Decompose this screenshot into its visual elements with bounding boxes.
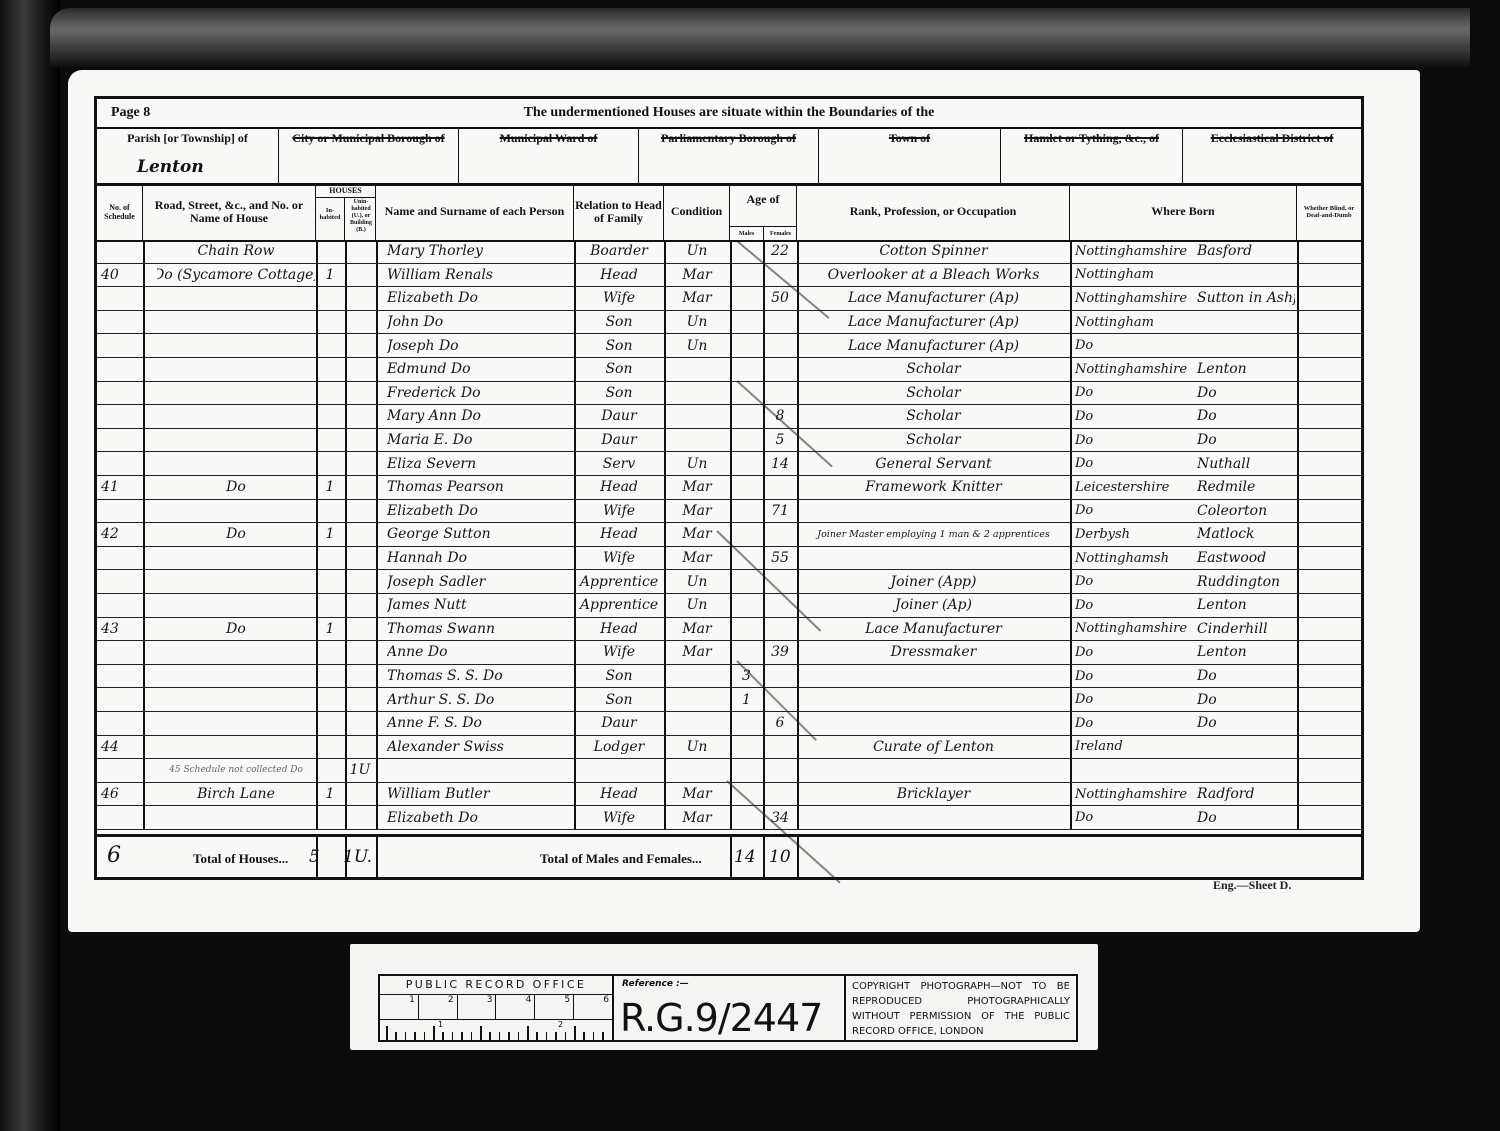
- census-row: Hannah DoWifeMar55NottinghamshEastwood: [97, 547, 1361, 571]
- born-county: Nottinghamsh: [1075, 547, 1195, 570]
- road-address: [157, 500, 315, 523]
- ruler-tick: [452, 1032, 454, 1040]
- inhabited-count: 1: [316, 618, 344, 641]
- relation: Son: [574, 382, 664, 405]
- uninhabited-count: [345, 476, 375, 499]
- schedule-number: [101, 311, 141, 334]
- census-row: Elizabeth DoWifeMar34DoDo: [97, 806, 1361, 830]
- born-county: Do: [1075, 712, 1195, 735]
- female-age: [763, 618, 797, 641]
- ruler-number: 1: [380, 995, 419, 1019]
- reference-number: R.G.9/2447: [620, 996, 822, 1040]
- male-age: [730, 594, 763, 617]
- born-county: Nottingham: [1075, 264, 1195, 287]
- census-row: James NuttApprenticeUnJoiner (Ap)DoLento…: [97, 594, 1361, 618]
- houses-total-label: Total of Houses...: [193, 851, 288, 867]
- inhabited-count: [316, 688, 344, 711]
- uninhabited-count: [345, 641, 375, 664]
- ruler-tick: [508, 1032, 510, 1040]
- born-county: Do: [1075, 570, 1195, 593]
- ruler-number: 6: [574, 995, 612, 1019]
- person-name: George Sutton: [387, 523, 573, 546]
- born-place: Do: [1197, 382, 1295, 405]
- inhabited-count: [316, 311, 344, 334]
- road-address: [157, 806, 315, 829]
- road-address: [157, 405, 315, 428]
- inhabited-count: [316, 382, 344, 405]
- ruler-tick: [593, 1032, 595, 1040]
- born-county: Nottinghamshire: [1075, 287, 1195, 310]
- female-age: [763, 311, 797, 334]
- persons-total-label: Total of Males and Females...: [540, 851, 702, 867]
- reference-box: Reference :— R.G.9/2447: [614, 976, 846, 1040]
- ruler-tick: [424, 1032, 426, 1040]
- condition: [664, 405, 730, 428]
- person-name: Maria E. Do: [387, 429, 573, 452]
- road-address: Do: [157, 618, 315, 641]
- person-name: Mary Ann Do: [387, 405, 573, 428]
- total-uninhabited: 1U.: [343, 847, 372, 867]
- ruler-tick: [555, 1032, 557, 1040]
- born-place: Do: [1197, 712, 1295, 735]
- occupation: [797, 547, 1070, 570]
- boundary-title: The undermentioned Houses are situate wi…: [97, 105, 1361, 121]
- column-headers: No. of Schedule Road, Street, &c., and N…: [97, 183, 1361, 242]
- female-age: [763, 665, 797, 688]
- person-name: William Butler: [387, 783, 573, 806]
- schedule-number: [101, 594, 141, 617]
- ruler-tick: [395, 1032, 397, 1040]
- relation: Wife: [574, 500, 664, 523]
- census-row: Chain RowMary ThorleyBoarderUn22Cotton S…: [97, 240, 1361, 264]
- uninhabited-count: [345, 783, 375, 806]
- occupation: Joiner (Ap): [797, 594, 1070, 617]
- relation: Apprentice: [574, 594, 664, 617]
- inhabited-count: [316, 736, 344, 759]
- borough-cell: City or Municipal Borough of: [279, 127, 459, 183]
- relation: Daur: [574, 405, 664, 428]
- header-where-born: Where Born: [1070, 183, 1297, 240]
- male-age: [730, 736, 763, 759]
- condition: [664, 688, 730, 711]
- relation: Head: [574, 783, 664, 806]
- person-name: James Nutt: [387, 594, 573, 617]
- ruler-tick: [442, 1032, 444, 1040]
- road-address: Do: [157, 523, 315, 546]
- occupation: Scholar: [797, 382, 1070, 405]
- born-place: Do: [1197, 665, 1295, 688]
- road-address: [157, 665, 315, 688]
- ruler-tick: [536, 1032, 538, 1040]
- born-county: Nottinghamshire: [1075, 783, 1195, 806]
- male-age: [730, 759, 763, 782]
- relation: Son: [574, 688, 664, 711]
- ruler-minor-number: 1: [438, 1020, 443, 1029]
- person-name: Arthur S. S. Do: [387, 688, 573, 711]
- schedule-number: [101, 452, 141, 475]
- census-row: Joseph DoSonUnLace Manufacturer (Ap)Do: [97, 334, 1361, 358]
- occupation: Curate of Lenton: [797, 736, 1070, 759]
- header-blind-deaf: Whether Blind, or Deaf-and-Dumb: [1297, 183, 1361, 240]
- condition: Mar: [664, 806, 730, 829]
- person-name: Thomas Pearson: [387, 476, 573, 499]
- totals-row: 6 Total of Houses... 5 1U. Total of Male…: [97, 834, 1361, 880]
- uninhabited-count: [345, 523, 375, 546]
- male-age: [730, 429, 763, 452]
- header-uninhabited: Unin-habited (U.), or Building (B.): [346, 199, 376, 234]
- born-county: Do: [1075, 382, 1195, 405]
- road-address: [157, 688, 315, 711]
- town-cell: Town of: [819, 127, 1001, 183]
- relation: [574, 759, 664, 782]
- inhabited-count: [316, 405, 344, 428]
- condition: Un: [664, 452, 730, 475]
- schedule-number: 46: [101, 783, 141, 806]
- road-address: [157, 594, 315, 617]
- schedule-number: [101, 688, 141, 711]
- ruler-tick: [546, 1032, 548, 1040]
- born-county: Nottinghamshire: [1075, 618, 1195, 641]
- road-address: Do: [157, 476, 315, 499]
- schedule-number: 42: [101, 523, 141, 546]
- born-county: Do: [1075, 429, 1195, 452]
- female-age: 71: [763, 500, 797, 523]
- inhabited-count: [316, 665, 344, 688]
- parliamentary-cell: Parliamentary Borough of: [639, 127, 819, 183]
- total-schedules: 6: [107, 843, 121, 868]
- male-age: [730, 641, 763, 664]
- born-place: Do: [1197, 429, 1295, 452]
- occupation: [797, 806, 1070, 829]
- occupation: Bricklayer: [797, 783, 1070, 806]
- person-name: Hannah Do: [387, 547, 573, 570]
- uninhabited-count: [345, 311, 375, 334]
- condition: Un: [664, 570, 730, 593]
- parish-label: Parish [or Township] of: [127, 131, 248, 145]
- condition: Mar: [664, 783, 730, 806]
- uninhabited-count: [345, 665, 375, 688]
- born-county: Do: [1075, 405, 1195, 428]
- inhabited-count: [316, 452, 344, 475]
- relation: Lodger: [574, 736, 664, 759]
- born-county: Do: [1075, 665, 1195, 688]
- header-age: Age of Males Females: [730, 183, 797, 240]
- ruler-ticks: 1 2: [380, 1020, 612, 1042]
- person-name: Anne F. S. Do: [387, 712, 573, 735]
- inhabited-count: [316, 334, 344, 357]
- occupation: General Servant: [797, 452, 1070, 475]
- copyright-notice: COPYRIGHT PHOTOGRAPH—NOT TO BE REPRODUCE…: [846, 976, 1076, 1040]
- relation: Wife: [574, 287, 664, 310]
- ruler-tick: [518, 1032, 520, 1040]
- uninhabited-count: [345, 806, 375, 829]
- male-age: [730, 570, 763, 593]
- born-place: [1197, 759, 1295, 782]
- census-row: Frederick DoSonScholarDoDo: [97, 382, 1361, 406]
- male-age: [730, 618, 763, 641]
- born-county: Do: [1075, 452, 1195, 475]
- occupation: Lace Manufacturer: [797, 618, 1070, 641]
- census-row: Elizabeth DoWifeMar50Lace Manufacturer (…: [97, 287, 1361, 311]
- relation: Head: [574, 523, 664, 546]
- ruler-tick: [527, 1026, 529, 1040]
- uninhabited-count: [345, 334, 375, 357]
- ruler-tick: [461, 1032, 463, 1040]
- person-name: Joseph Do: [387, 334, 573, 357]
- total-males: 14: [734, 847, 756, 867]
- born-county: Ireland: [1075, 736, 1195, 759]
- relation: Daur: [574, 429, 664, 452]
- page-header: Page 8 The undermentioned Houses are sit…: [97, 99, 1361, 129]
- inhabited-count: [316, 358, 344, 381]
- road-address: [157, 547, 315, 570]
- condition: Un: [664, 334, 730, 357]
- born-county: Do: [1075, 500, 1195, 523]
- ruler-tick: [499, 1032, 501, 1040]
- hamlet-cell: Hamlet or Tything, &c., of: [1001, 127, 1183, 183]
- census-row: 40Do (Sycamore Cottage)1William RenalsHe…: [97, 264, 1361, 288]
- inhabited-count: [316, 641, 344, 664]
- inhabited-count: [316, 806, 344, 829]
- person-name: Edmund Do: [387, 358, 573, 381]
- uninhabited-count: [345, 688, 375, 711]
- inhabited-count: 1: [316, 783, 344, 806]
- person-name: [387, 759, 573, 782]
- male-age: [730, 358, 763, 381]
- schedule-number: [101, 641, 141, 664]
- person-name: Elizabeth Do: [387, 287, 573, 310]
- film-edge: [0, 0, 60, 1131]
- pro-label-frame: PUBLIC RECORD OFFICE 1 2 3 4 5 6 1 2 Ref…: [378, 974, 1078, 1042]
- ruler-tick: [405, 1032, 407, 1040]
- occupation: Framework Knitter: [797, 476, 1070, 499]
- condition: Un: [664, 311, 730, 334]
- uninhabited-count: [345, 358, 375, 381]
- born-place: [1197, 264, 1295, 287]
- relation: Son: [574, 334, 664, 357]
- inhabited-count: [316, 500, 344, 523]
- parish-cell: Parish [or Township] of Lenton: [97, 127, 279, 183]
- ruler-tick: [480, 1026, 482, 1040]
- born-county: [1075, 759, 1195, 782]
- inhabited-count: [316, 759, 344, 782]
- inhabited-count: [316, 240, 344, 263]
- person-name: Thomas Swann: [387, 618, 573, 641]
- inhabited-count: [316, 547, 344, 570]
- relation: Son: [574, 358, 664, 381]
- inhabited-count: [316, 594, 344, 617]
- condition: Mar: [664, 500, 730, 523]
- uninhabited-count: [345, 405, 375, 428]
- person-name: Thomas S. S. Do: [387, 665, 573, 688]
- film-top-shadow: [50, 8, 1470, 68]
- born-place: Cinderhill: [1197, 618, 1295, 641]
- road-address: [157, 641, 315, 664]
- schedule-number: [101, 547, 141, 570]
- census-row: Anne DoWifeMar39DressmakerDoLenton: [97, 641, 1361, 665]
- relation: Head: [574, 476, 664, 499]
- road-address: [157, 311, 315, 334]
- uninhabited-count: [345, 500, 375, 523]
- born-place: Radford: [1197, 783, 1295, 806]
- total-inhabited: 5: [309, 847, 320, 867]
- occupation: Lace Manufacturer (Ap): [797, 311, 1070, 334]
- ruler-tick: [433, 1026, 435, 1040]
- condition: [664, 665, 730, 688]
- male-age: 1: [730, 688, 763, 711]
- occupation: Cotton Spinner: [797, 240, 1070, 263]
- male-age: [730, 405, 763, 428]
- uninhabited-count: 1U: [345, 759, 375, 782]
- condition: Mar: [664, 476, 730, 499]
- condition: [664, 759, 730, 782]
- inhabited-count: [316, 712, 344, 735]
- female-age: [763, 759, 797, 782]
- sheet-id: Eng.—Sheet D.: [1213, 878, 1291, 893]
- ruler-tick: [489, 1032, 491, 1040]
- uninhabited-count: [345, 712, 375, 735]
- schedule-number: [101, 382, 141, 405]
- born-place: Nuthall: [1197, 452, 1295, 475]
- road-address: [157, 287, 315, 310]
- born-county: Leicestershire: [1075, 476, 1195, 499]
- ruler-tick: [583, 1032, 585, 1040]
- born-place: Do: [1197, 405, 1295, 428]
- uninhabited-count: [345, 736, 375, 759]
- born-place: Eastwood: [1197, 547, 1295, 570]
- census-row: 43Do1Thomas SwannHeadMarLace Manufacture…: [97, 618, 1361, 642]
- census-row: 45 Schedule not collected Do1U: [97, 759, 1361, 783]
- born-place: Coleorton: [1197, 500, 1295, 523]
- parish-value: Lenton: [137, 157, 204, 177]
- condition: Un: [664, 594, 730, 617]
- male-age: [730, 334, 763, 357]
- uninhabited-count: [345, 240, 375, 263]
- relation: Son: [574, 665, 664, 688]
- male-age: [730, 287, 763, 310]
- inhabited-count: 1: [316, 523, 344, 546]
- male-age: [730, 476, 763, 499]
- ruler-tick: [565, 1032, 567, 1040]
- female-age: [763, 476, 797, 499]
- uninhabited-count: [345, 287, 375, 310]
- female-age: 14: [763, 452, 797, 475]
- road-address: [157, 334, 315, 357]
- schedule-number: [101, 405, 141, 428]
- schedule-number: [101, 358, 141, 381]
- schedule-number: [101, 287, 141, 310]
- schedule-number: [101, 500, 141, 523]
- houses-label: HOUSES: [316, 183, 375, 198]
- born-place: Basford: [1197, 240, 1295, 263]
- census-row: Arthur S. S. DoSon1DoDo: [97, 688, 1361, 712]
- condition: Mar: [664, 287, 730, 310]
- relation: Daur: [574, 712, 664, 735]
- born-place: Do: [1197, 688, 1295, 711]
- person-name: Elizabeth Do: [387, 500, 573, 523]
- born-place: Do: [1197, 806, 1295, 829]
- female-age: 22: [763, 240, 797, 263]
- uninhabited-count: [345, 382, 375, 405]
- occupation: [797, 712, 1070, 735]
- schedule-number: [101, 806, 141, 829]
- reference-label: Reference :—: [622, 979, 689, 989]
- age-label: Age of: [730, 193, 796, 206]
- occupation: [797, 759, 1070, 782]
- condition: Mar: [664, 547, 730, 570]
- header-road: Road, Street, &c., and No. or Name of Ho…: [143, 183, 316, 240]
- condition: [664, 712, 730, 735]
- header-houses: HOUSES In-habited Unin-habited (U.), or …: [316, 183, 376, 240]
- relation: Wife: [574, 806, 664, 829]
- uninhabited-count: [345, 452, 375, 475]
- houses-divider: [344, 197, 345, 240]
- census-row: Edmund DoSonScholarNottinghamshireLenton: [97, 358, 1361, 382]
- occupation: Joiner (App): [797, 570, 1070, 593]
- census-row: 41Do1Thomas PearsonHeadMarFramework Knit…: [97, 476, 1361, 500]
- ruler-tick: [386, 1026, 388, 1040]
- road-address: [157, 452, 315, 475]
- person-name: Mary Thorley: [387, 240, 573, 263]
- occupation: Lace Manufacturer (Ap): [797, 334, 1070, 357]
- location-row: Parish [or Township] of Lenton City or M…: [97, 127, 1361, 186]
- ruler-minor-number: 2: [558, 1020, 563, 1029]
- census-row: 46Birch Lane1William ButlerHeadMarBrickl…: [97, 783, 1361, 807]
- header-schedule: No. of Schedule: [97, 183, 143, 240]
- schedule-number: [101, 759, 141, 782]
- header-condition: Condition: [664, 183, 730, 240]
- inhabited-count: [316, 287, 344, 310]
- occupation: Scholar: [797, 358, 1070, 381]
- road-address: 45 Schedule not collected Do: [157, 759, 315, 782]
- relation: Wife: [574, 547, 664, 570]
- schedule-number: 41: [101, 476, 141, 499]
- schedule-number: [101, 334, 141, 357]
- female-age: [763, 358, 797, 381]
- census-row: Elizabeth DoWifeMar71DoColeorton: [97, 500, 1361, 524]
- condition: Un: [664, 736, 730, 759]
- person-name: Elizabeth Do: [387, 806, 573, 829]
- census-row: Maria E. DoDaur5ScholarDoDo: [97, 429, 1361, 453]
- occupation: Dressmaker: [797, 641, 1070, 664]
- road-address: [157, 570, 315, 593]
- female-age: 55: [763, 547, 797, 570]
- born-county: Nottingham: [1075, 311, 1195, 334]
- male-age: [730, 712, 763, 735]
- occupation: [797, 665, 1070, 688]
- uninhabited-count: [345, 547, 375, 570]
- census-row: Joseph SadlerApprenticeUnJoiner (App)DoR…: [97, 570, 1361, 594]
- born-place: Matlock: [1197, 523, 1295, 546]
- ruler-number: 4: [496, 995, 535, 1019]
- condition: Mar: [664, 264, 730, 287]
- female-age: [763, 334, 797, 357]
- male-age: [730, 264, 763, 287]
- male-age: [730, 500, 763, 523]
- ruler-number: 2: [419, 995, 458, 1019]
- born-place: Ruddington: [1197, 570, 1295, 593]
- road-address: [157, 736, 315, 759]
- total-females: 10: [769, 847, 791, 867]
- road-address: Birch Lane: [157, 783, 315, 806]
- road-address: [157, 712, 315, 735]
- census-row: Thomas S. S. DoSon3DoDo: [97, 665, 1361, 689]
- born-place: Redmile: [1197, 476, 1295, 499]
- scale-ruler: PUBLIC RECORD OFFICE 1 2 3 4 5 6 1 2: [380, 976, 614, 1040]
- born-place: Sutton in Ashfield: [1197, 287, 1295, 310]
- header-name: Name and Surname of each Person: [376, 183, 574, 240]
- born-place: Lenton: [1197, 641, 1295, 664]
